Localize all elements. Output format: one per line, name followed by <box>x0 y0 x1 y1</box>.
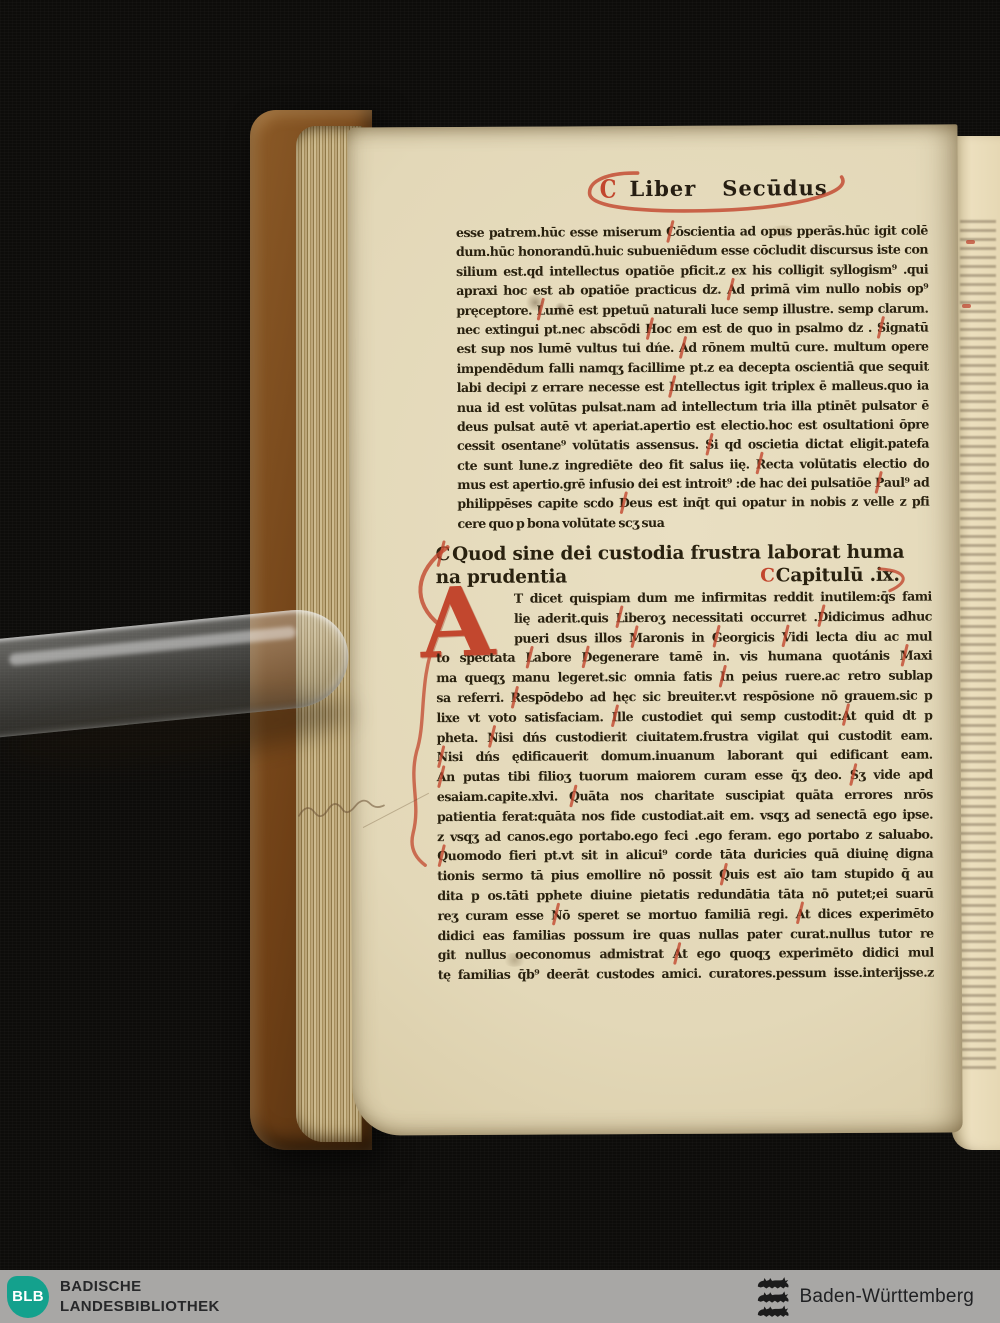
blb-logo-text: BLB <box>12 1288 44 1305</box>
library-name: BADISCHE LANDESBIBLIOTHEK <box>60 1277 220 1316</box>
text-line: pręceptore. Lumē est ppetuū naturali luc… <box>456 298 928 320</box>
chapter-heading: CQuod sine dei custodia frustra laborat … <box>436 540 942 589</box>
text-line: git nullus oeconomus admistrat At ego qu… <box>438 943 934 965</box>
text-line: est sup nos lumē vultus tui dńe. Ad rōne… <box>456 337 928 359</box>
text-line: apraxi hoc est ab opatiōe practicus dz. … <box>456 279 928 301</box>
text-line: dum.hūc honorandū.huic subueniēdum esse … <box>456 240 928 262</box>
text-line: pheta. Nisi dńs custodierit ciuitatem.fr… <box>437 725 933 747</box>
running-title-word: Secūdus <box>722 175 827 201</box>
text-line: philippēses capite scdo Deus est inq̄t q… <box>457 492 929 514</box>
text-line: cere quo p bona volūtate scʒ sua <box>457 511 929 533</box>
text-line: cte sunt lune.z ingrediēte deo fit salus… <box>457 453 929 475</box>
text-line: pueri dsus illos Maronis in Georgicis Vi… <box>514 626 932 648</box>
text-column-2: T dicet quispiam dum me infirmitas reddi… <box>436 587 934 986</box>
text-line: deus pulsat autē vt aperiat.apertio est … <box>457 414 929 436</box>
text-line: esse patrem.hūc esse miserum Cōscientia … <box>456 221 928 243</box>
text-line: lię aderit.quis Liberoʒ necessitati occu… <box>514 606 932 628</box>
text-line: tę familias q̄b⁹ deerāt custodes amici. … <box>438 963 934 985</box>
text-line: nec extingui pt.nec abscōdi Hoc em est d… <box>456 318 928 340</box>
text-line: to spectata Labore Degenerare tamē in. v… <box>436 646 932 668</box>
facing-page-text-blur <box>960 220 996 1070</box>
manuscript-page: C Liber Secūdus esse patrem.hūc esse mis… <box>347 124 962 1135</box>
text-line: silium est.qd intellectus opatiōe pficit… <box>456 259 928 281</box>
chapter-number: CCapitulū .ix. <box>760 564 900 588</box>
chapter-heading-line1: CQuod sine dei custodia frustra laborat … <box>436 540 942 566</box>
text-line: lixe vt voto satisfaciam. Ille custodiet… <box>436 705 932 727</box>
baden-wuerttemberg-coat-of-arms-icon <box>755 1274 791 1320</box>
text-line: sa referri. Respōdebo ad hęc sic breuite… <box>436 686 932 708</box>
text-line: impendēdum falli namqʒ facillime pt.z ea… <box>457 356 929 378</box>
text-line: labi decipi z errare necesse est Intelle… <box>457 376 929 398</box>
text-line: Nisi dńs ędificauerit domum.inuanum labo… <box>437 745 933 767</box>
text-column-1: esse patrem.hūc esse miserum Cōscientia … <box>456 221 930 534</box>
library-name-line2: LANDESBIBLIOTHEK <box>60 1297 220 1317</box>
text-line: esaiam.capite.xlvi. Quāta nos charitate … <box>437 785 933 807</box>
blb-logo[interactable]: BLB <box>7 1276 49 1318</box>
text-line: patientia ferat:quāta nos fide custodiat… <box>437 804 933 826</box>
facing-page-rubric-mark <box>966 240 975 244</box>
text-line: An putas tibi filioʒ tuorum maiorem cura… <box>437 765 933 787</box>
text-line: reʒ curam esse Nō speret se mortuo famil… <box>437 903 933 925</box>
text-line: mus est apertio.grē infusio dei est intr… <box>457 473 929 495</box>
text-line: cessit osentane⁹ volūtatis assensus. Si … <box>457 434 929 456</box>
facing-page-rubric-mark <box>962 304 971 308</box>
library-name-line1: BADISCHE <box>60 1277 220 1297</box>
running-title: C Liber Secūdus <box>600 175 828 201</box>
text-line: Quomodo fieri pt.vt sit in alicui⁹ corde… <box>437 844 933 866</box>
text-line: T dicet quispiam dum me infirmitas reddi… <box>514 587 932 609</box>
rubric-pilcrow-icon: C <box>600 174 618 204</box>
viewer-footer-bar: BLB BADISCHE LANDESBIBLIOTHEK Baden-Würt… <box>0 1270 1000 1323</box>
state-name: Baden-Württemberg <box>800 1286 974 1308</box>
scanned-book-photo: C Liber Secūdus esse patrem.hūc esse mis… <box>0 0 1000 1323</box>
state-branding: Baden-Württemberg <box>755 1274 974 1320</box>
text-line: tionis sermo tā pius emollire nō possit … <box>437 864 933 886</box>
running-title-word: Liber <box>629 176 696 201</box>
text-line: nua id est volūtas pulsat.nam ad intelle… <box>457 395 929 417</box>
text-line: didici eas familias possum ire quas null… <box>438 923 934 945</box>
text-line: ma queqʒ manu legeret.sic omnia fatis In… <box>436 666 932 688</box>
library-branding: BLB BADISCHE LANDESBIBLIOTHEK <box>7 1276 220 1318</box>
text-line: dita p os.tāti pphete diuine pietatis re… <box>437 883 933 905</box>
heading-mark: C <box>436 543 451 566</box>
chapter-heading-line2: na prudentia CCapitulū .ix. <box>436 563 942 589</box>
text-line: z vsqʒ ad canos.ego portabo.ego feci .eg… <box>437 824 933 846</box>
